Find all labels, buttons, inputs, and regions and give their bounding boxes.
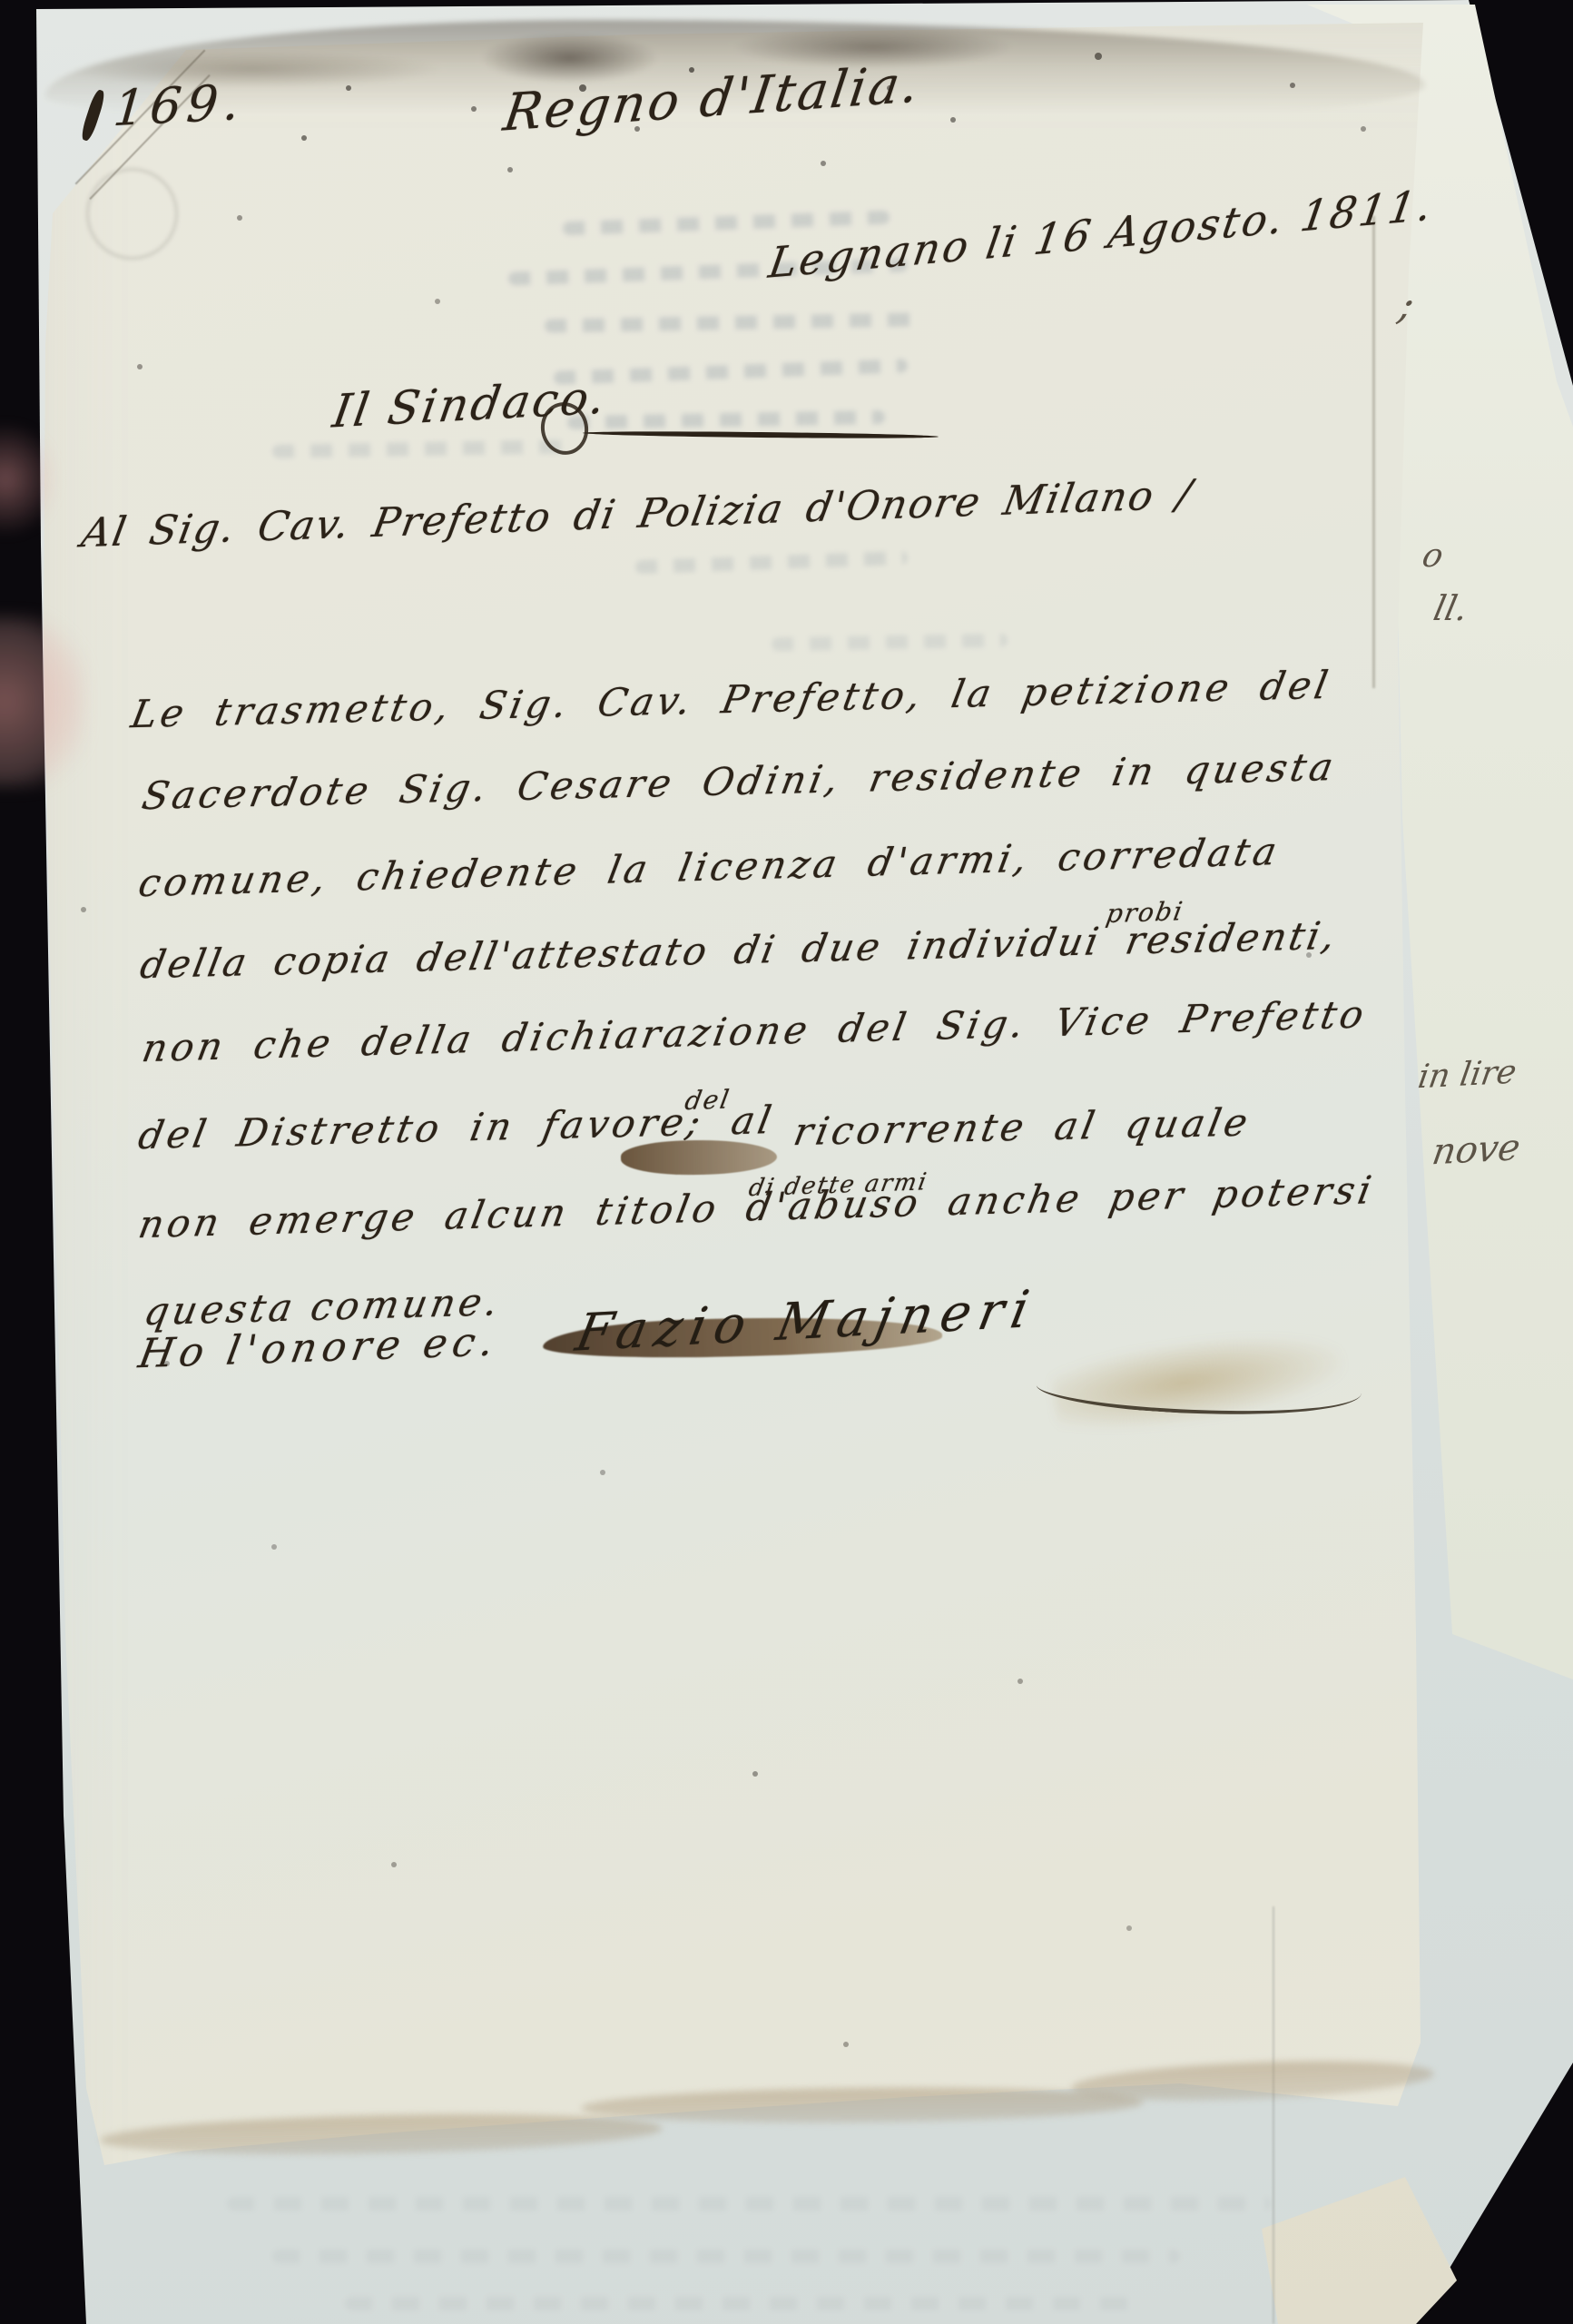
ghost-text-line xyxy=(345,2297,1144,2310)
dirt-speckles xyxy=(0,0,4,4)
ghost-text-line xyxy=(227,2197,1271,2211)
ghost-text-line xyxy=(272,2250,1180,2263)
document-scan: 169. Regno d'Italia. Legnano li 16 Agost… xyxy=(0,0,1573,2324)
main-sheet xyxy=(0,0,1573,2324)
margin-fragment: in lire xyxy=(1415,1053,1519,1096)
margin-fragment: nove xyxy=(1430,1127,1523,1173)
document-number: 169. xyxy=(111,73,247,137)
